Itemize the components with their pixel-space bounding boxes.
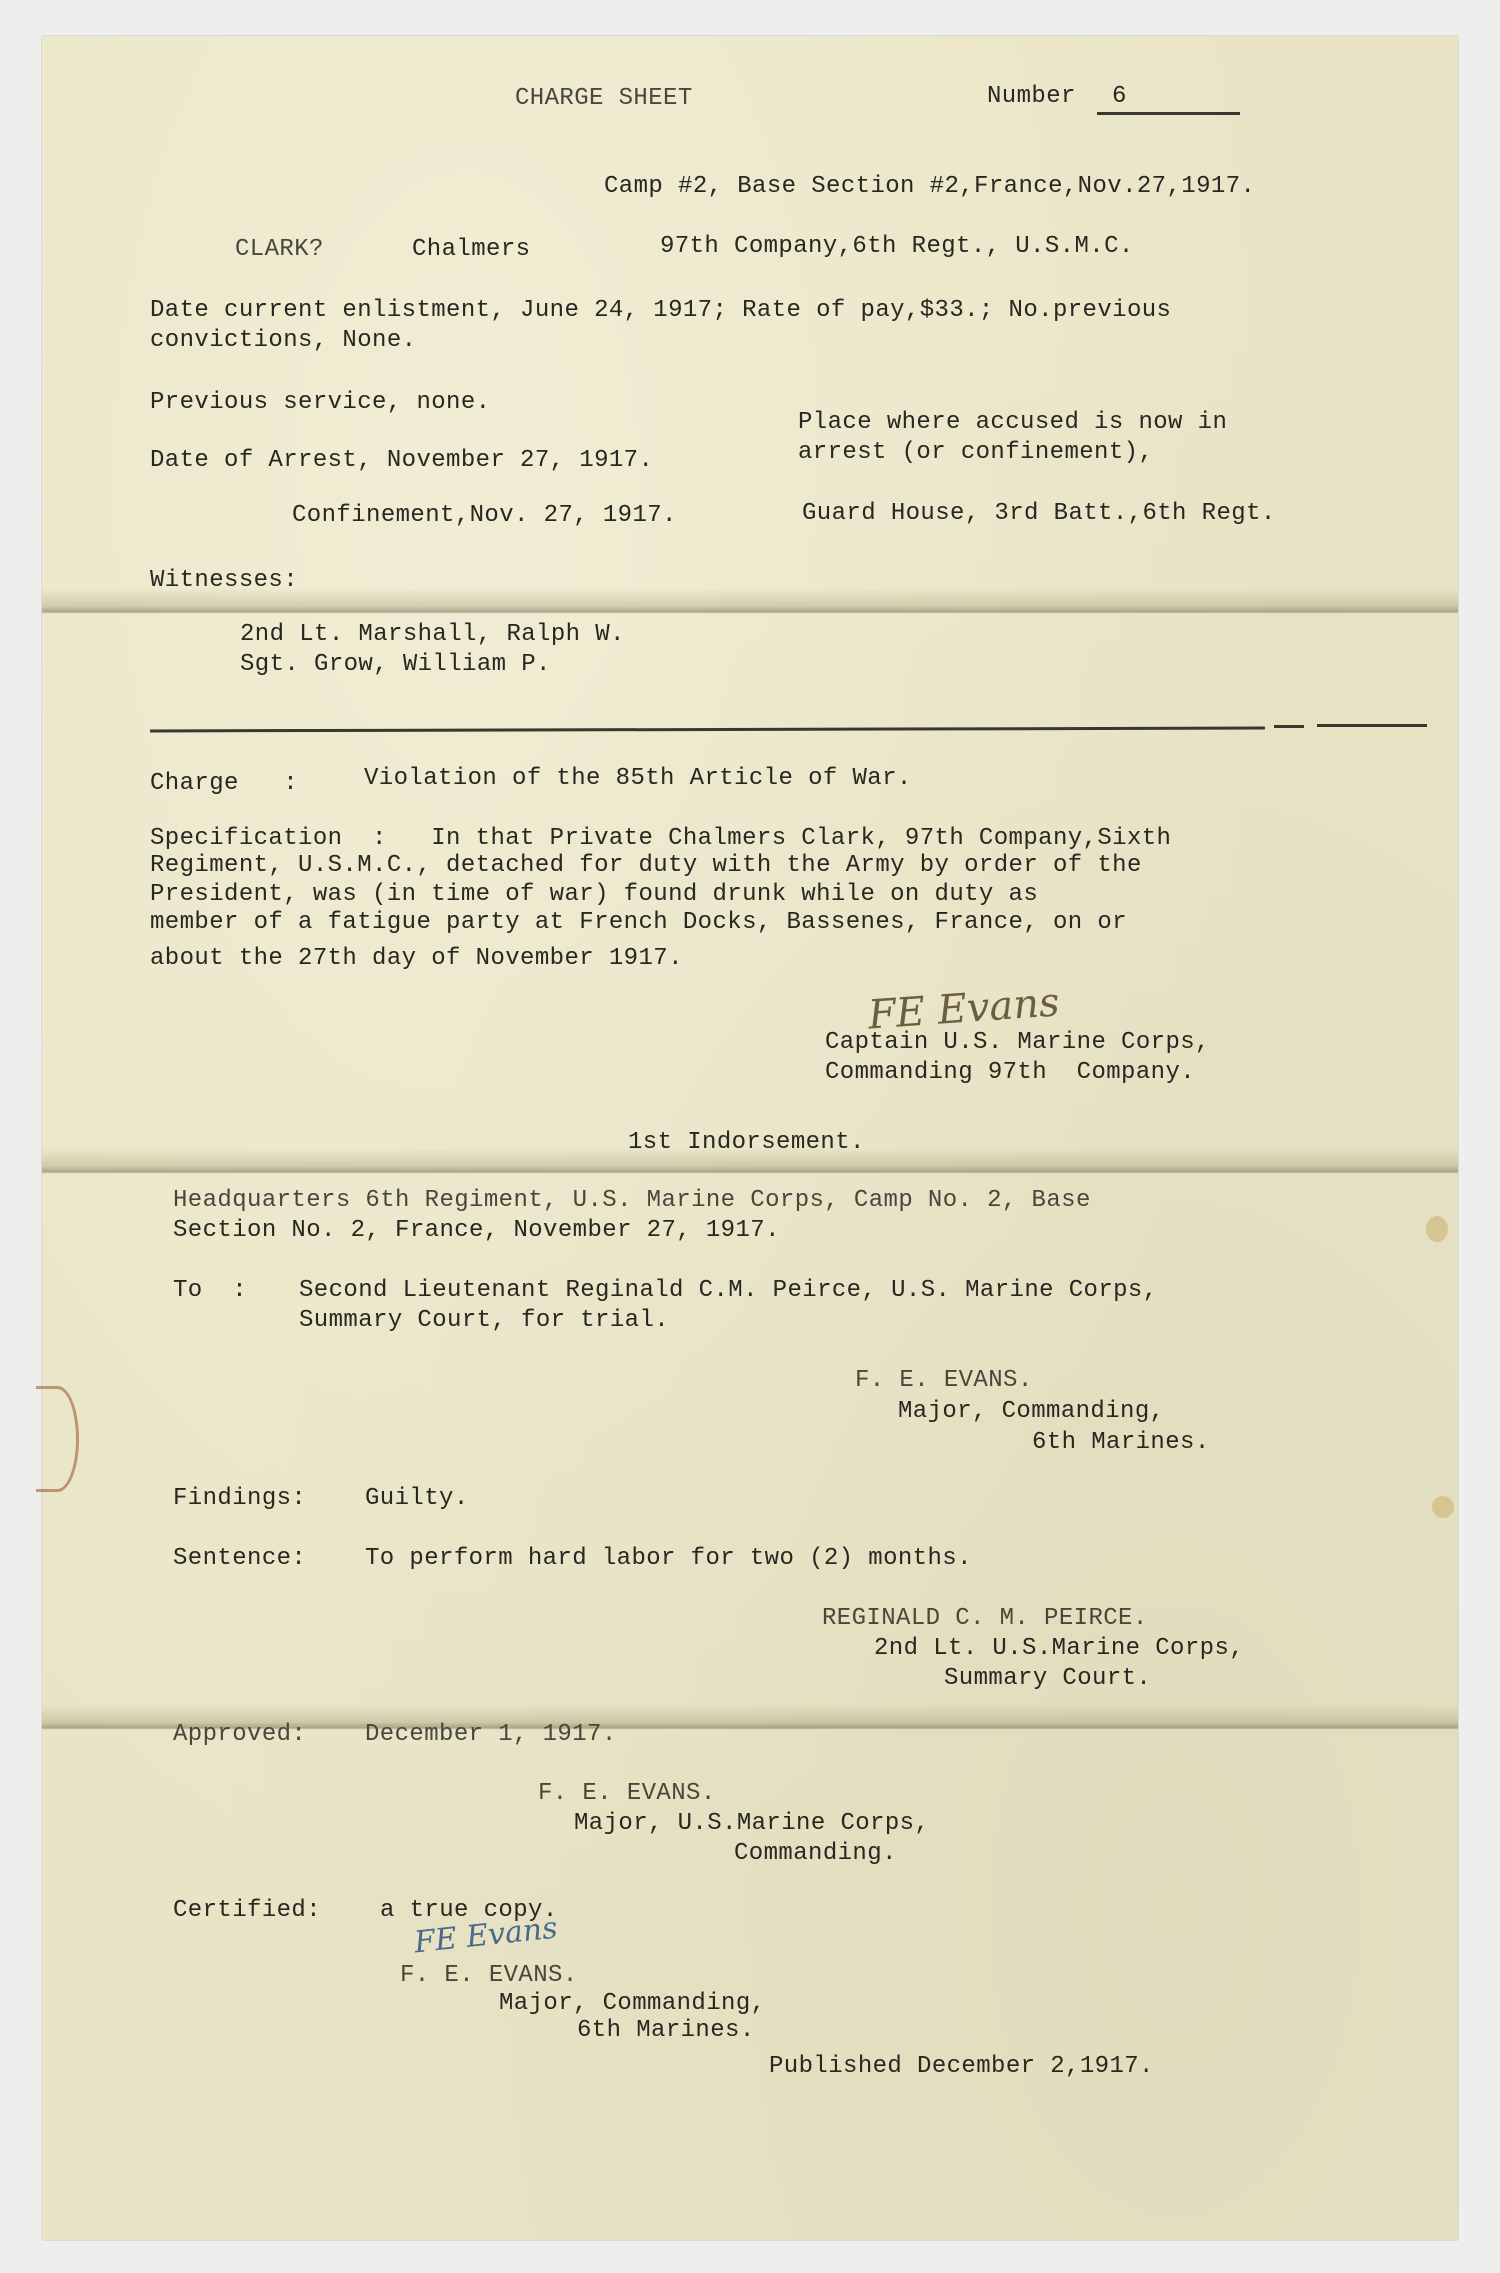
- place-label-line-1: Place where accused is now in: [798, 408, 1227, 438]
- approved-value: December 1, 1917.: [365, 1720, 617, 1750]
- published-date: Published December 2,1917.: [769, 2052, 1154, 2082]
- charge-text: Violation of the 85th Article of War.: [364, 764, 912, 794]
- section-divider: [1317, 724, 1427, 727]
- findings-label: Findings:: [173, 1484, 306, 1514]
- place-label-line-2: arrest (or confinement),: [798, 438, 1153, 468]
- certifier-line-2: 6th Marines.: [577, 2016, 755, 2046]
- witness-item: 2nd Lt. Marshall, Ralph W.: [240, 620, 625, 650]
- section-divider: [150, 727, 1265, 733]
- indorsement-signer-name: F. E. EVANS.: [855, 1366, 1033, 1396]
- enlistment-line-2: convictions, None.: [150, 326, 416, 356]
- approved-label: Approved:: [173, 1720, 306, 1750]
- court-line-1: 2nd Lt. U.S.Marine Corps,: [874, 1634, 1244, 1664]
- approver-line-1: Major, U.S.Marine Corps,: [574, 1809, 929, 1839]
- charge-sheet-paper: CHARGE SHEET Number 6 Camp #2, Base Sect…: [42, 36, 1458, 2240]
- number-label: Number: [987, 82, 1076, 112]
- to-line-1: Second Lieutenant Reginald C.M. Peirce, …: [299, 1276, 1158, 1306]
- document-title: CHARGE SHEET: [515, 84, 693, 114]
- indorsement-header-line-2: Section No. 2, France, November 27, 1917…: [173, 1216, 780, 1246]
- enlistment-line-1: Date current enlistment, June 24, 1917; …: [150, 296, 1171, 326]
- court-name: REGINALD C. M. PEIRCE.: [822, 1604, 1148, 1634]
- indorsement-header-line-1: Headquarters 6th Regiment, U.S. Marine C…: [173, 1186, 1091, 1216]
- paper-spot: [1432, 1496, 1454, 1518]
- number-value: 6: [1112, 82, 1127, 112]
- accused-surname: CLARK?: [235, 235, 324, 265]
- place-of-confinement: Guard House, 3rd Batt.,6th Regt.: [802, 499, 1276, 529]
- indorsement-signer-line-1: Major, Commanding,: [898, 1397, 1164, 1427]
- accused-given-name: Chalmers: [412, 235, 530, 265]
- specification-line: President, was (in time of war) found dr…: [150, 880, 1038, 910]
- charge-label: Charge :: [150, 769, 298, 799]
- specification-line: Regiment, U.S.M.C., detached for duty wi…: [150, 851, 1142, 881]
- section-divider: [1274, 725, 1304, 728]
- to-line-2: Summary Court, for trial.: [299, 1306, 669, 1336]
- specification-line: member of a fatigue party at French Dock…: [150, 908, 1127, 938]
- to-label: To :: [173, 1276, 247, 1306]
- certified-label: Certified:: [173, 1896, 321, 1926]
- specification-line: Specification : In that Private Chalmers…: [150, 824, 1171, 854]
- confinement-date: Confinement,Nov. 27, 1917.: [292, 501, 677, 531]
- rust-stain: [36, 1386, 79, 1492]
- court-line-2: Summary Court.: [944, 1664, 1151, 1694]
- specification-line: about the 27th day of November 1917.: [150, 944, 683, 974]
- witnesses-label: Witnesses:: [150, 566, 298, 596]
- paper-spot: [1426, 1216, 1448, 1242]
- place-date: Camp #2, Base Section #2,France,Nov.27,1…: [604, 172, 1255, 202]
- approver-name: F. E. EVANS.: [538, 1779, 716, 1809]
- previous-service: Previous service, none.: [150, 388, 490, 418]
- witness-item: Sgt. Grow, William P.: [240, 650, 551, 680]
- sentence-value: To perform hard labor for two (2) months…: [365, 1544, 972, 1574]
- indorsement-signer-line-2: 6th Marines.: [1032, 1428, 1210, 1458]
- number-underline: [1097, 112, 1240, 115]
- sentence-label: Sentence:: [173, 1544, 306, 1574]
- indorsement-heading: 1st Indorsement.: [628, 1128, 865, 1158]
- findings-value: Guilty.: [365, 1484, 469, 1514]
- certifier-line-1: Major, Commanding,: [499, 1989, 765, 2019]
- certifier-name: F. E. EVANS.: [400, 1961, 578, 1991]
- captain-title-line-1: Captain U.S. Marine Corps,: [825, 1028, 1210, 1058]
- approver-line-2: Commanding.: [734, 1839, 897, 1869]
- date-of-arrest: Date of Arrest, November 27, 1917.: [150, 446, 653, 476]
- captain-title-line-2: Commanding 97th Company.: [825, 1058, 1195, 1088]
- accused-unit: 97th Company,6th Regt., U.S.M.C.: [660, 232, 1134, 262]
